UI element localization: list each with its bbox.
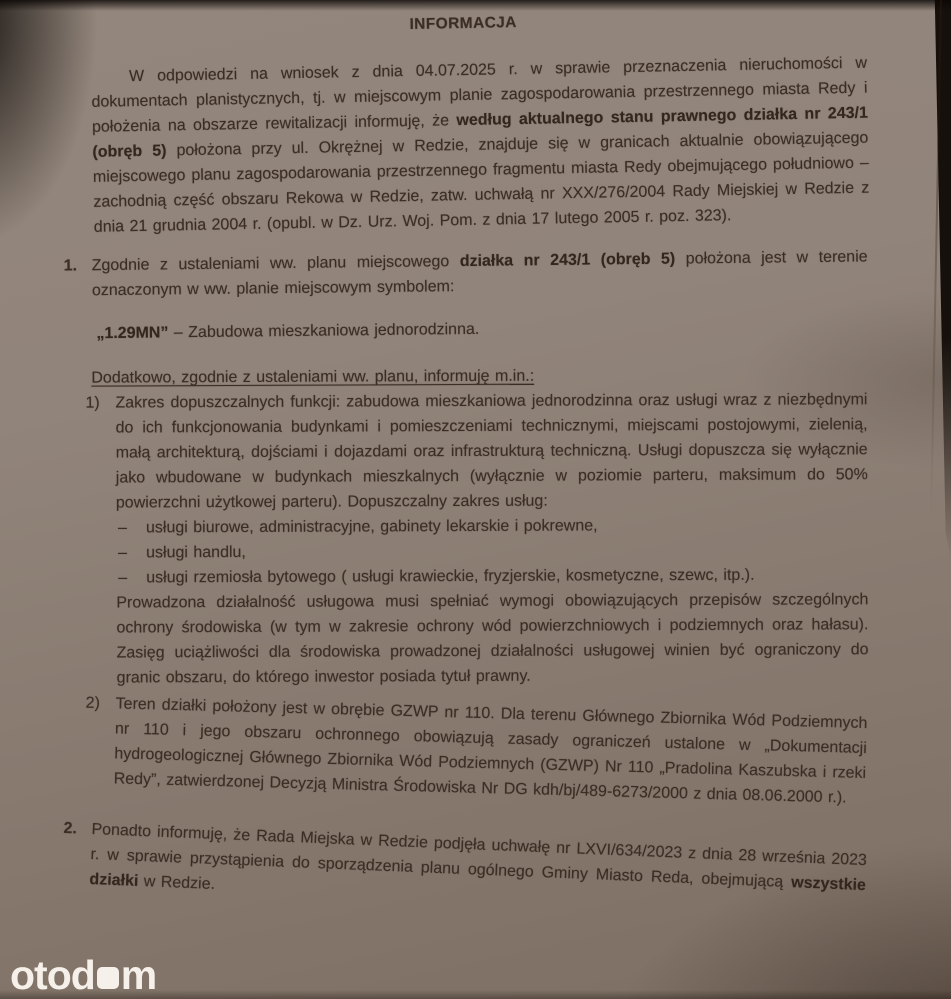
item-1-bold: działka nr 243/1 (obręb 5) <box>460 251 676 270</box>
list-item-1: 1. Zgodnie z ustaleniami ww. planu miejs… <box>63 244 868 303</box>
dash-list-item: – usługi biurowe, administracyjne, gabin… <box>118 512 868 540</box>
sub-item-1-number: 1) <box>85 391 115 416</box>
dash-glyph: – <box>118 540 146 565</box>
services-note: Prowadzona działalność usługowa musi spe… <box>116 587 868 690</box>
dash-glyph: – <box>118 515 146 540</box>
document-content: INFORMACJA W odpowiedzi na wniosek z dni… <box>0 0 951 892</box>
item-2-post: w Redzie. <box>138 873 215 893</box>
item-2-text: Ponadto informuję, że Rada Miejska w Red… <box>89 817 867 923</box>
intro-text-post: położona przy ul. Okrężnej w Redzie, zna… <box>93 130 870 236</box>
item-1-pre: Zgodnie z ustaleniami ww. planu miejscow… <box>92 253 460 274</box>
otodom-logo: otodm <box>10 955 156 995</box>
dash-item-text: usługi handlu, <box>146 540 246 565</box>
dash-glyph: – <box>118 565 146 590</box>
otodom-logo-text-start: otod <box>10 952 95 998</box>
item-2-number: 2. <box>63 816 92 842</box>
sub-item-1: 1) Zakres dopuszczalnych funkcji: zabudo… <box>85 387 868 515</box>
dash-list-item: – usługi handlu, <box>118 537 868 565</box>
symbol-description: – Zabudowa mieszkaniowa jednorodzinna. <box>168 321 479 342</box>
otodom-logo-text-end: m <box>121 952 156 998</box>
additional-info-heading: Dodatkowo, zgodnie z ustaleniami ww. pla… <box>91 362 867 390</box>
sub-item-1-text: Zakres dopuszczalnych funkcji: zabudowa … <box>115 387 868 515</box>
item-1-text: Zgodnie z ustaleniami ww. planu miejscow… <box>91 244 868 303</box>
symbol-code: „1.29MN” <box>96 324 168 342</box>
sub-item-2-text: Teren działki położony jest w obrębie GZ… <box>113 691 867 811</box>
dash-item-text: usługi biurowe, administracyjne, gabinet… <box>146 513 598 540</box>
item-1-number: 1. <box>63 253 91 278</box>
list-item-2: 2. Ponadto informuję, że Rada Miejska w … <box>61 816 867 923</box>
dash-item-text: usługi rzemiosła bytowego ( usługi krawi… <box>146 563 754 591</box>
dash-list-item: – usługi rzemiosła bytowego ( usługi kra… <box>118 562 868 590</box>
dash-list: – usługi biurowe, administracyjne, gabin… <box>62 512 868 591</box>
sub-item-2: 2) Teren działki położony jest w obrębie… <box>83 691 867 811</box>
otodom-logo-square-icon <box>97 967 119 989</box>
page-title: INFORMACJA <box>60 7 866 42</box>
sub-item-2-number: 2) <box>85 691 116 717</box>
intro-paragraph: W odpowiedzi na wniosek z dnia 04.07.202… <box>91 51 870 240</box>
symbol-line: „1.29MN” – Zabudowa mieszkaniowa jednoro… <box>96 312 868 346</box>
document-photo: INFORMACJA W odpowiedzi na wniosek z dni… <box>0 0 951 999</box>
